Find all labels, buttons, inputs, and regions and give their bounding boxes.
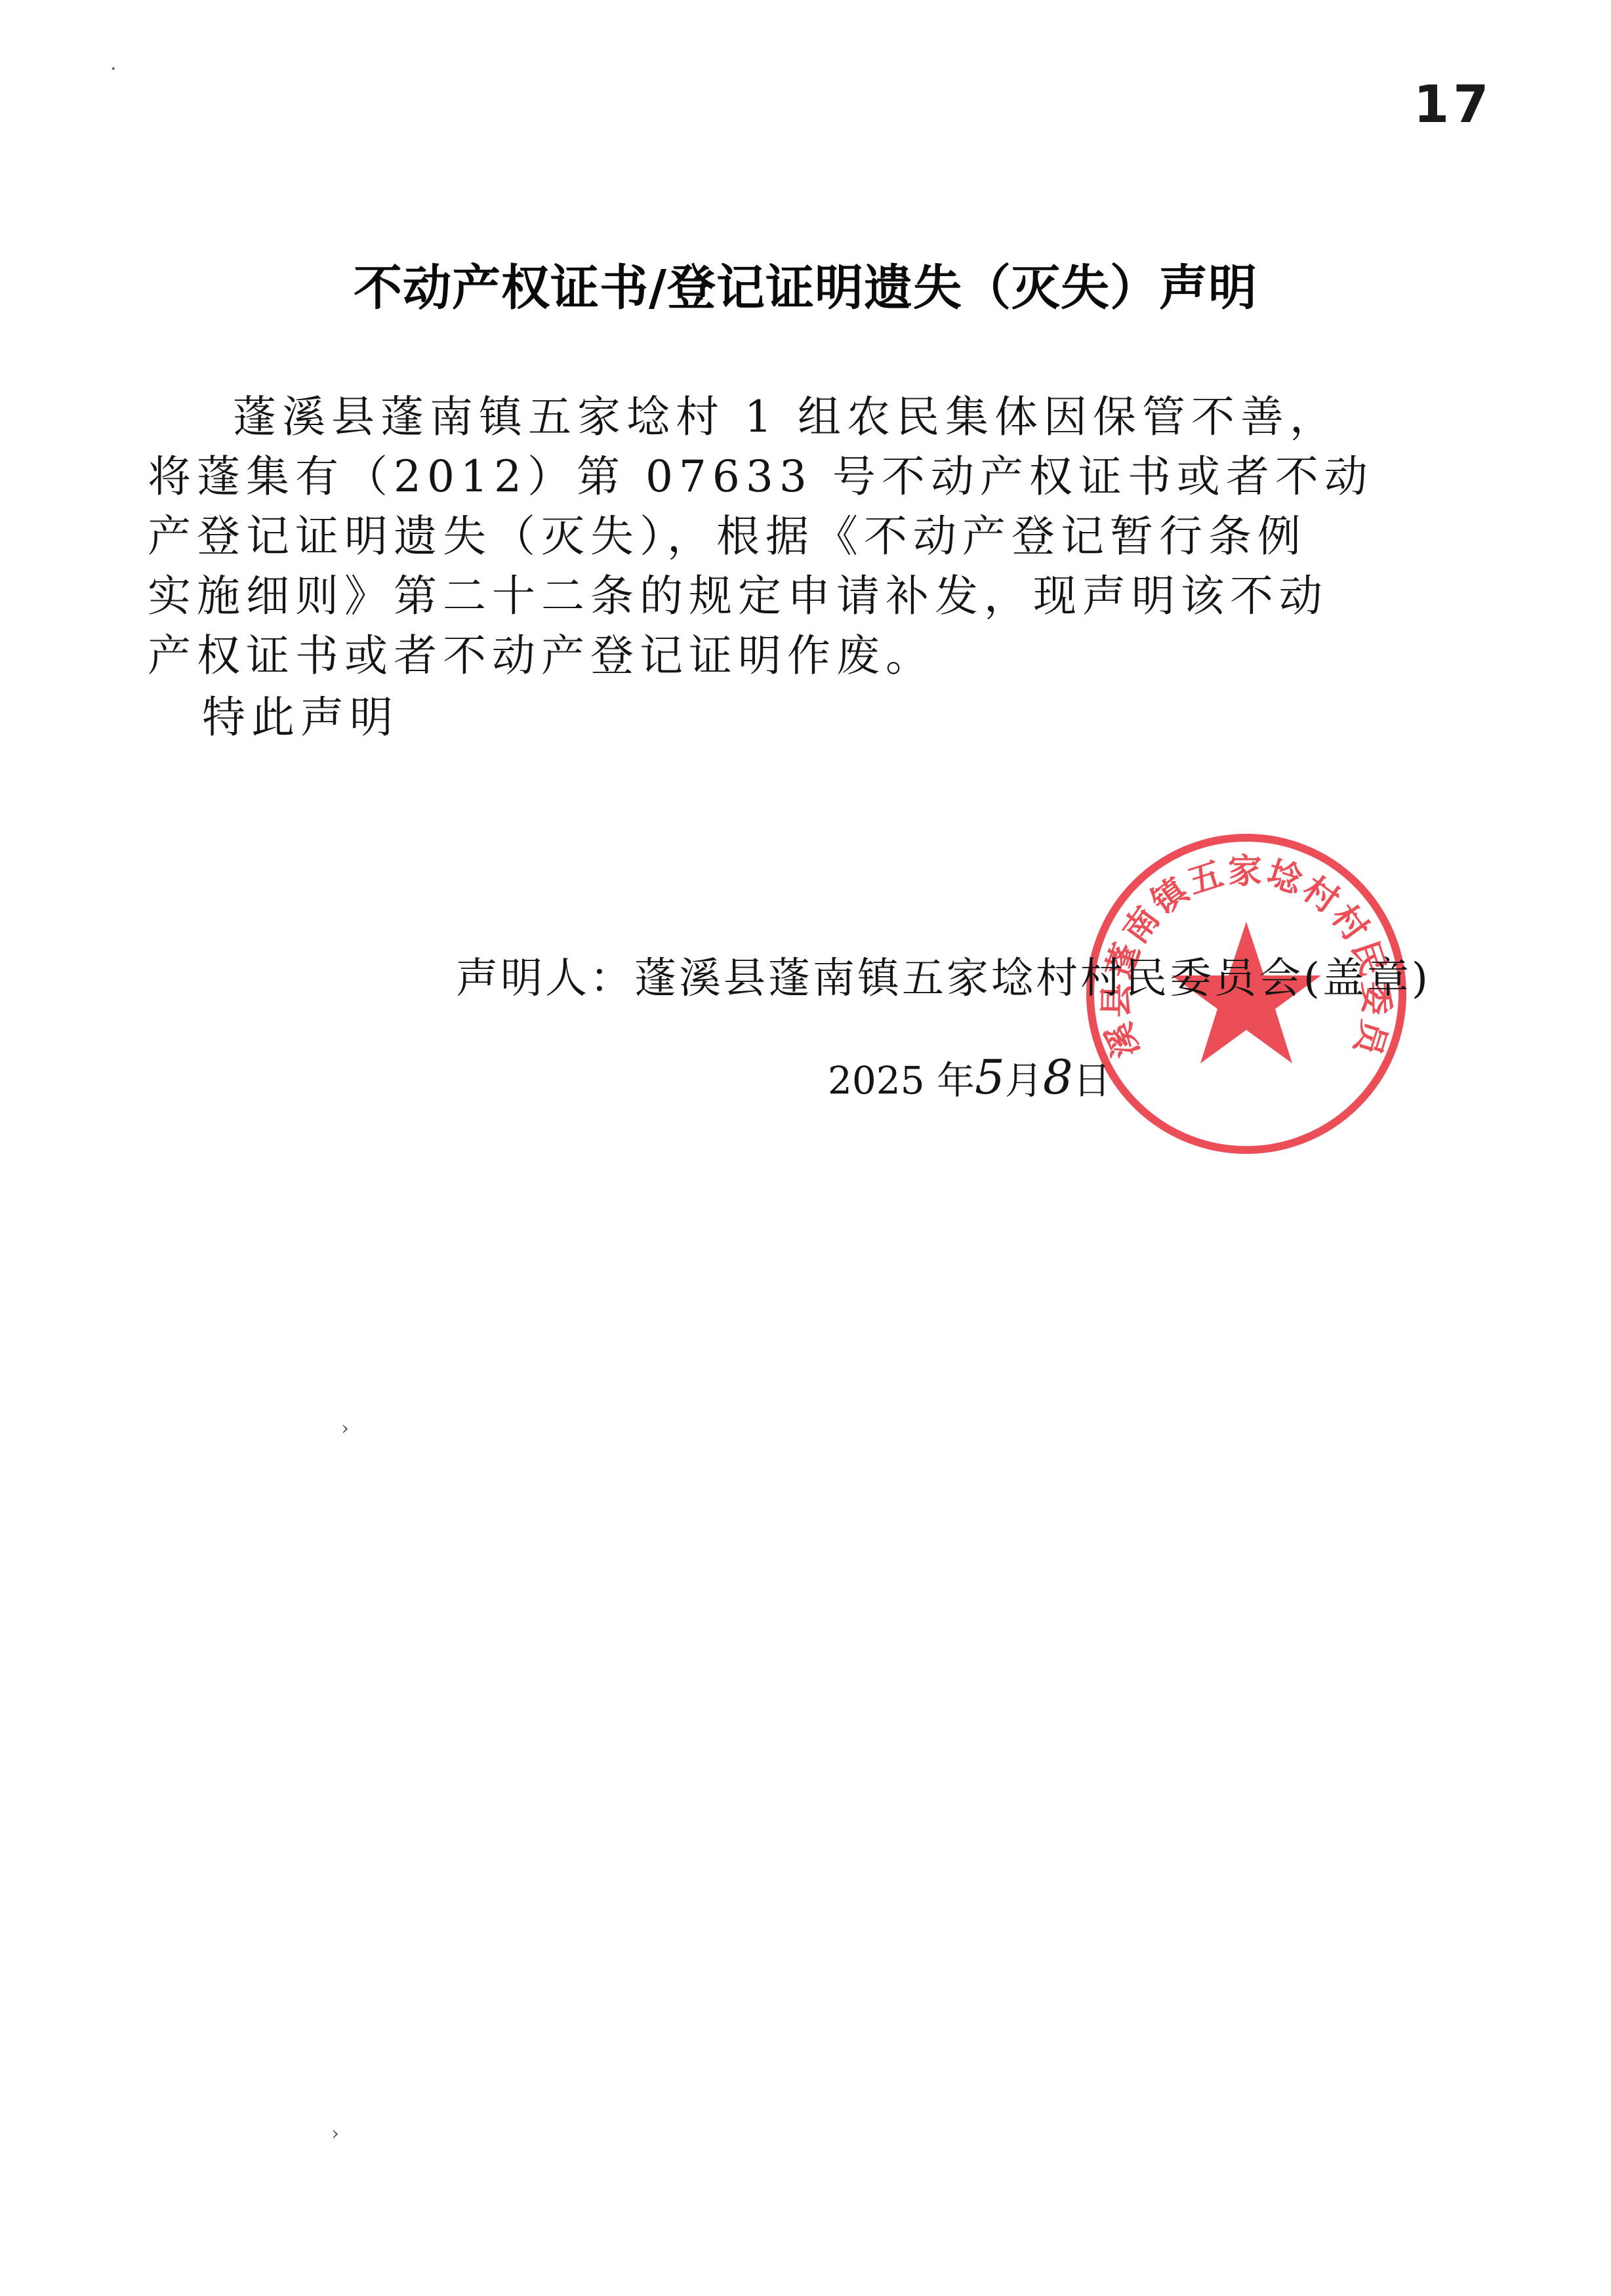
closing-statement: 特此声明: [202, 682, 399, 745]
signer-name: 蓬溪县蓬南镇五家埝村村民委员会: [634, 954, 1303, 1003]
date-day-handwritten: 8: [1043, 1050, 1073, 1105]
page-number: 17: [1414, 75, 1493, 134]
body-line: 蓬溪县蓬南镇五家埝村 1 组农民集体因保管不善，: [148, 387, 1433, 447]
body-line: 将蓬集有（2012）第 07633 号不动产权证书或者不动: [148, 447, 1433, 506]
declaration-date: 2025 年5月8日: [828, 1050, 1111, 1105]
date-year: 2025: [828, 1058, 925, 1103]
scan-speck-icon: ›: [331, 2122, 339, 2145]
scan-speck-icon: ·: [110, 58, 117, 81]
seal-note: (盖章): [1303, 954, 1431, 1003]
scan-speck-icon: ›: [341, 1417, 349, 1440]
date-day-suffix: 日: [1073, 1058, 1111, 1103]
signer-line: 声明人：蓬溪县蓬南镇五家埝村村民委员会(盖章): [456, 945, 1431, 1005]
date-month-handwritten: 5: [975, 1050, 1005, 1105]
document-title: 不动产权证书/登记证明遗失（灭失）声明: [0, 249, 1611, 319]
declaration-body: 蓬溪县蓬南镇五家埝村 1 组农民集体因保管不善， 将蓬集有（2012）第 076…: [148, 387, 1433, 686]
body-line: 实施细则》第二十二条的规定申请补发，现声明该不动: [148, 566, 1433, 626]
date-month-suffix: 月: [1005, 1058, 1043, 1103]
body-line: 产权证书或者不动产登记证明作废。: [148, 626, 1433, 686]
body-line: 产登记证明遗失（灭失），根据《不动产登记暂行条例: [148, 506, 1433, 566]
date-year-suffix: 年: [925, 1058, 975, 1103]
signer-label: 声明人：: [456, 954, 634, 1003]
